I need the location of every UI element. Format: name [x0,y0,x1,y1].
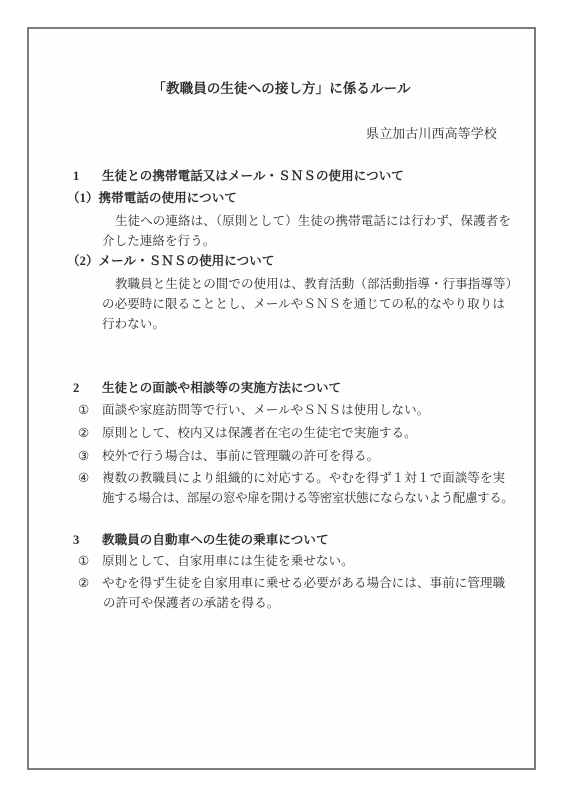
section-3-item-2-marker: ② [78,576,89,591]
section-2-item-4-text-line-1: 複数の教職員により組織的に対応する。やむを得ず１対１で面談等を実 [102,471,505,486]
school-name: 県立加古川西高等学校 [366,126,497,141]
section-1-sub-1-line-1: 生徒への連絡は、（原則として）生徒の携帯電話には行わず、保護者を [115,214,511,229]
section-1-heading: 生徒との携帯電話又はメール・ＳＮＳの使用について [102,169,404,184]
section-2-heading: 生徒との面談や相談等の実施方法について [102,381,341,396]
section-1-sub-2-line-2: の必要時に限ることとし、メールやＳＮＳを通じての私的なやり取りは [102,297,505,312]
section-2-item-4-text-line-2: 施する場合は、部屋の窓や扉を開ける等密室状態にならないよう配慮する。 [102,491,513,506]
section-2-item-3-marker: ③ [78,449,89,464]
document-title: 「教職員の生徒への接し方」に係るルール [29,81,534,96]
screenshot-canvas: 「教職員の生徒への接し方」に係るルール 県立加古川西高等学校 1 生徒との携帯電… [0,0,565,800]
section-2-item-3-text: 校外で行う場合は、事前に管理職の許可を得る。 [102,449,379,464]
section-1-sub-1-line-2: 介した連絡を行う。 [102,234,215,249]
section-3-number: 3 [73,533,79,548]
section-3-item-2-text-line-1: やむを得ず生徒を自家用車に乗せる必要がある場合には、事前に管理職 [102,576,505,591]
section-1-sub-1-heading: （1）携帯電話の使用について [67,191,237,206]
document-page: 「教職員の生徒への接し方」に係るルール 県立加古川西高等学校 1 生徒との携帯電… [27,27,536,770]
section-2-item-4-marker: ④ [78,471,89,486]
section-2-item-1-marker: ① [78,403,89,418]
section-3-heading: 教職員の自動車への生徒の乗車について [102,533,329,548]
section-3-item-2-text-line-2: の許可や保護者の承諾を得る。 [103,596,279,611]
section-1-sub-2-heading: （2）メール・ＳＮＳの使用について [67,254,274,269]
section-2-item-1-text: 面談や家庭訪問等で行い、メールやＳＮＳは使用しない。 [102,403,429,418]
section-1-sub-2-line-1: 教職員と生徒との間での使用は、教育活動（部活動指導・行事指導等） [115,277,518,292]
section-2-number: 2 [73,381,79,396]
section-2-item-2-marker: ② [78,426,89,441]
section-3-item-1-marker: ① [78,554,89,569]
section-2-item-2-text: 原則として、校内又は保護者在宅の生徒宅で実施する。 [102,426,417,441]
section-1-number: 1 [73,169,79,184]
section-3-item-1-text: 原則として、自家用車には生徒を乗せない。 [102,554,354,569]
section-1-sub-2-line-3: 行わない。 [102,317,165,332]
